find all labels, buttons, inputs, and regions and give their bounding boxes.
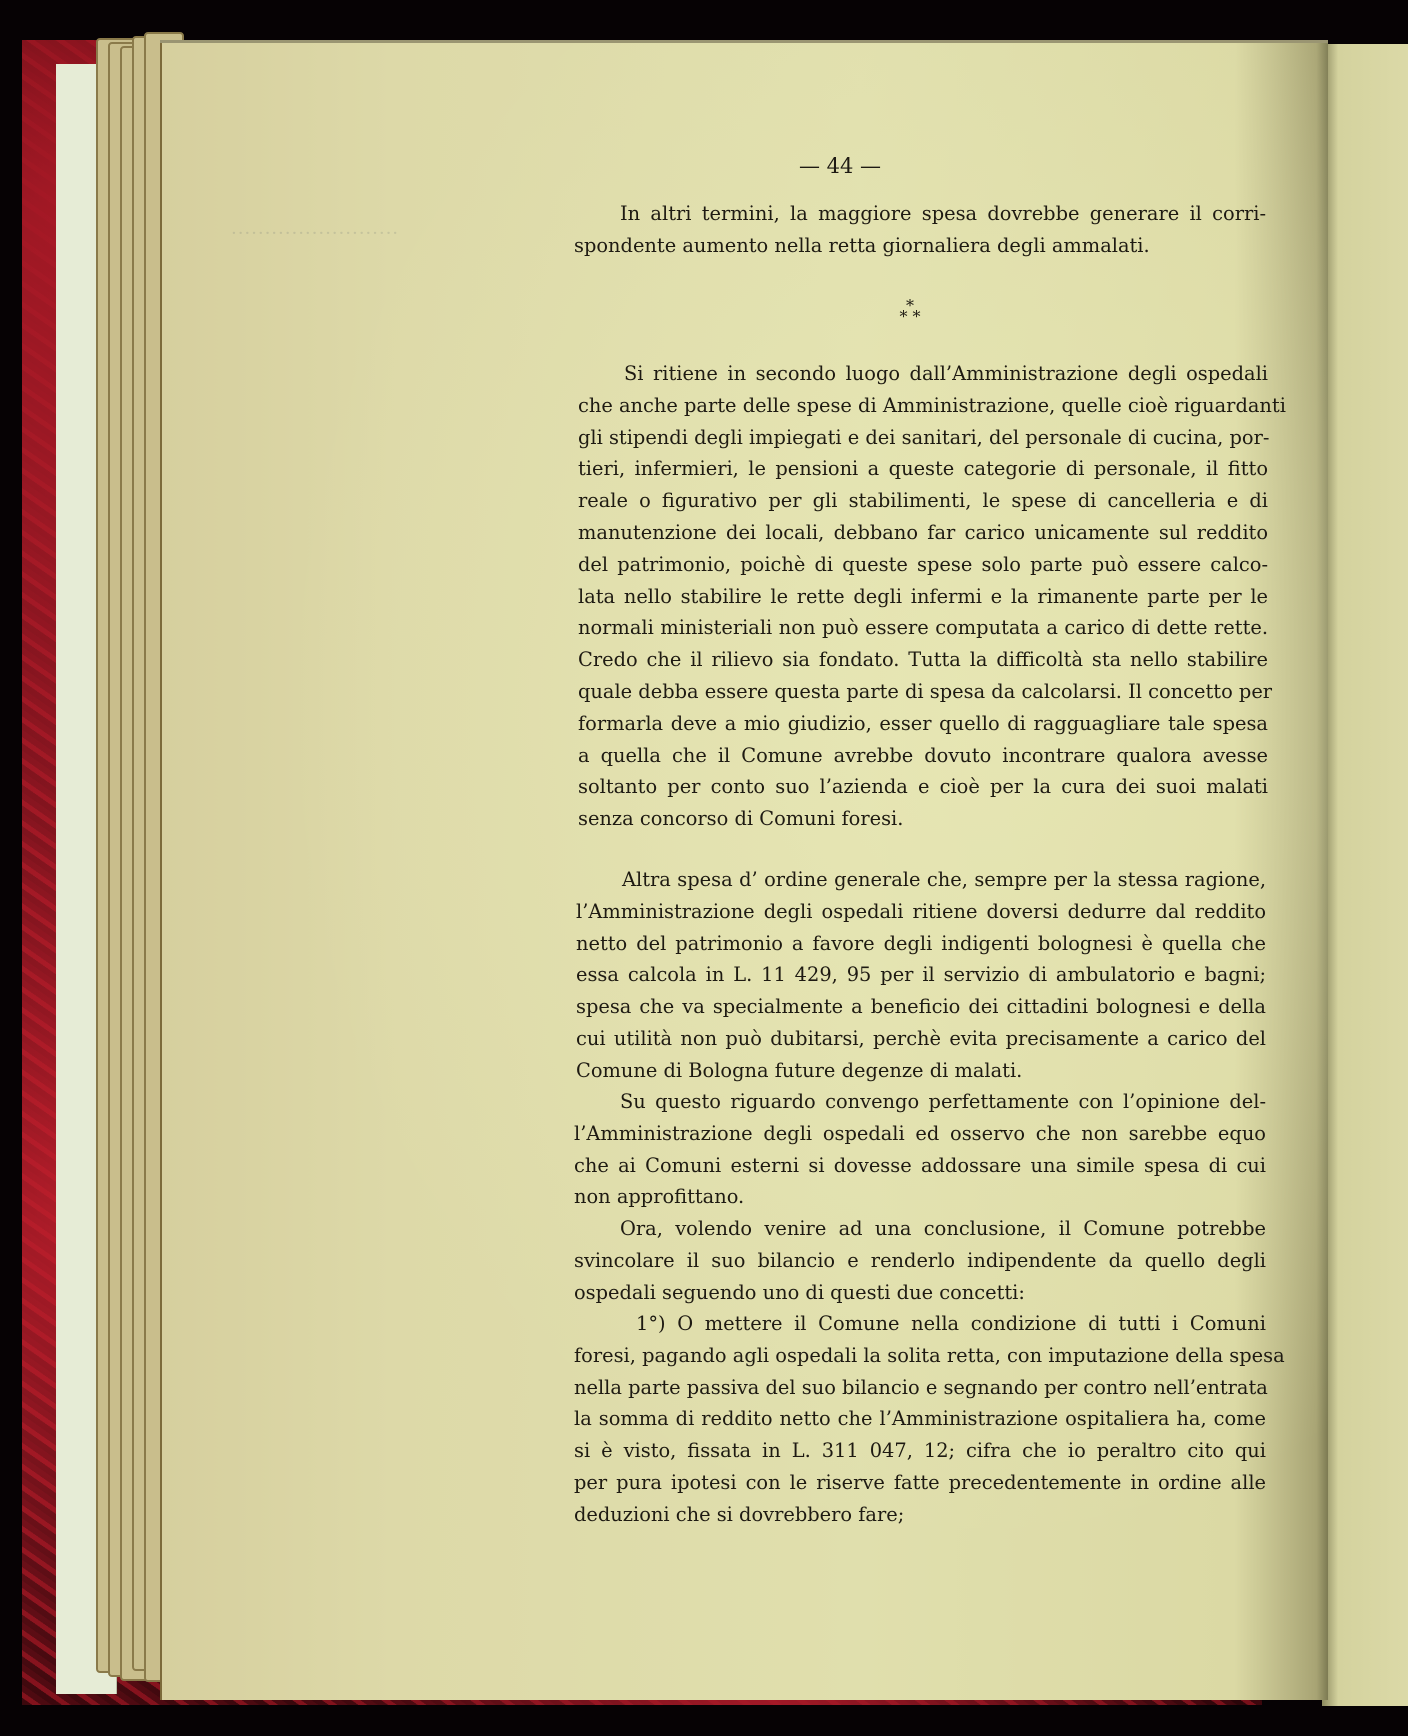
text-line: l’Amministrazione degli ospedali ed osse… <box>574 1118 1266 1150</box>
text-line: nella parte passiva del suo bilancio e s… <box>574 1372 1266 1404</box>
bleed-through-text: ························· <box>230 223 398 244</box>
text-line: Ora, volendo venire ad una conclusione, … <box>574 1213 1266 1245</box>
paragraph-5: Ora, volendo venire ad una conclusione, … <box>574 1213 1266 1308</box>
text-line: per pura ipotesi con le riserve fatte pr… <box>574 1467 1266 1499</box>
text-line: Comune di Bologna future degenze di mala… <box>576 1055 1266 1087</box>
text-line: non approfittano. <box>574 1181 1266 1213</box>
text-line: che ai Comuni esterni si dovesse addossa… <box>574 1150 1266 1182</box>
paragraph-2: Si ritiene in secondo luogo dall’Amminis… <box>578 358 1268 835</box>
text-line: Si ritiene in secondo luogo dall’Amminis… <box>578 358 1268 390</box>
text-line: gli stipendi degli impiegati e dei sanit… <box>578 422 1268 454</box>
text-line: si è visto, fissata in L. 311 047, 12; c… <box>574 1435 1266 1467</box>
text-line: soltanto per conto suo l’azienda e cioè … <box>578 771 1268 803</box>
text-line: l’Amministrazione degli ospedali ritiene… <box>576 896 1266 928</box>
text-line: senza concorso di Comuni foresi. <box>578 803 1268 835</box>
paragraph-6-list-item: 1°) O mettere il Comune nella condizione… <box>574 1308 1266 1531</box>
text-line: In altri termini, la maggiore spesa dovr… <box>574 198 1266 230</box>
text-line: a quella che il Comune avrebbe dovuto in… <box>578 740 1268 772</box>
text-line: netto del patrimonio a favore degli indi… <box>576 928 1266 960</box>
facing-page-edge <box>1322 44 1408 1706</box>
text-line: reale o figurativo per gli stabilimenti,… <box>578 485 1268 517</box>
asterism-bottom: * * <box>890 311 930 322</box>
text-line: la somma di reddito netto che l’Amminist… <box>574 1403 1266 1435</box>
page-border <box>160 43 168 1700</box>
paragraph-4: Su questo riguardo convengo perfettament… <box>574 1086 1266 1213</box>
page-number: — 44 — <box>780 154 900 178</box>
text-line: formarla deve a mio giudizio, esser quel… <box>578 708 1268 740</box>
text-line: Altra spesa d’ ordine generale che, semp… <box>576 864 1266 896</box>
text-line: foresi, pagando agli ospedali la solita … <box>574 1340 1266 1372</box>
text-line: quale debba essere questa parte di spesa… <box>578 676 1268 708</box>
text-line: del patrimonio, poichè di queste spese s… <box>578 549 1268 581</box>
text-line: cui utilità non può dubitarsi, perchè ev… <box>576 1023 1266 1055</box>
text-line: svincolare il suo bilancio e renderlo in… <box>574 1245 1266 1277</box>
text-line: 1°) O mettere il Comune nella condizione… <box>574 1308 1266 1340</box>
text-line: tieri, infermieri, le pensioni a queste … <box>578 453 1268 485</box>
paragraph-1: In altri termini, la maggiore spesa dovr… <box>574 198 1266 262</box>
text-line: che anche parte delle spese di Amministr… <box>578 390 1268 422</box>
paragraph-3: Altra spesa d’ ordine generale che, semp… <box>576 864 1266 1087</box>
text-line: spondente aumento nella retta giornalier… <box>574 230 1266 262</box>
text-line: Credo che il rilievo sia fondato. Tutta … <box>578 644 1268 676</box>
text-line: Su questo riguardo convengo perfettament… <box>574 1086 1266 1118</box>
text-line: deduzioni che si dovrebbero fare; <box>574 1499 1266 1531</box>
text-line: spesa che va specialmente a beneficio de… <box>576 991 1266 1023</box>
text-line: normali ministeriali non può essere comp… <box>578 612 1268 644</box>
text-line: lata nello stabilire le rette degli infe… <box>578 581 1268 613</box>
text-line: manutenzione dei locali, debbano far car… <box>578 517 1268 549</box>
text-line: ospedali seguendo uno di questi due conc… <box>574 1277 1266 1309</box>
text-line: essa calcola in L. 11 429, 95 per il ser… <box>576 959 1266 991</box>
section-asterism: * * * <box>890 300 930 322</box>
